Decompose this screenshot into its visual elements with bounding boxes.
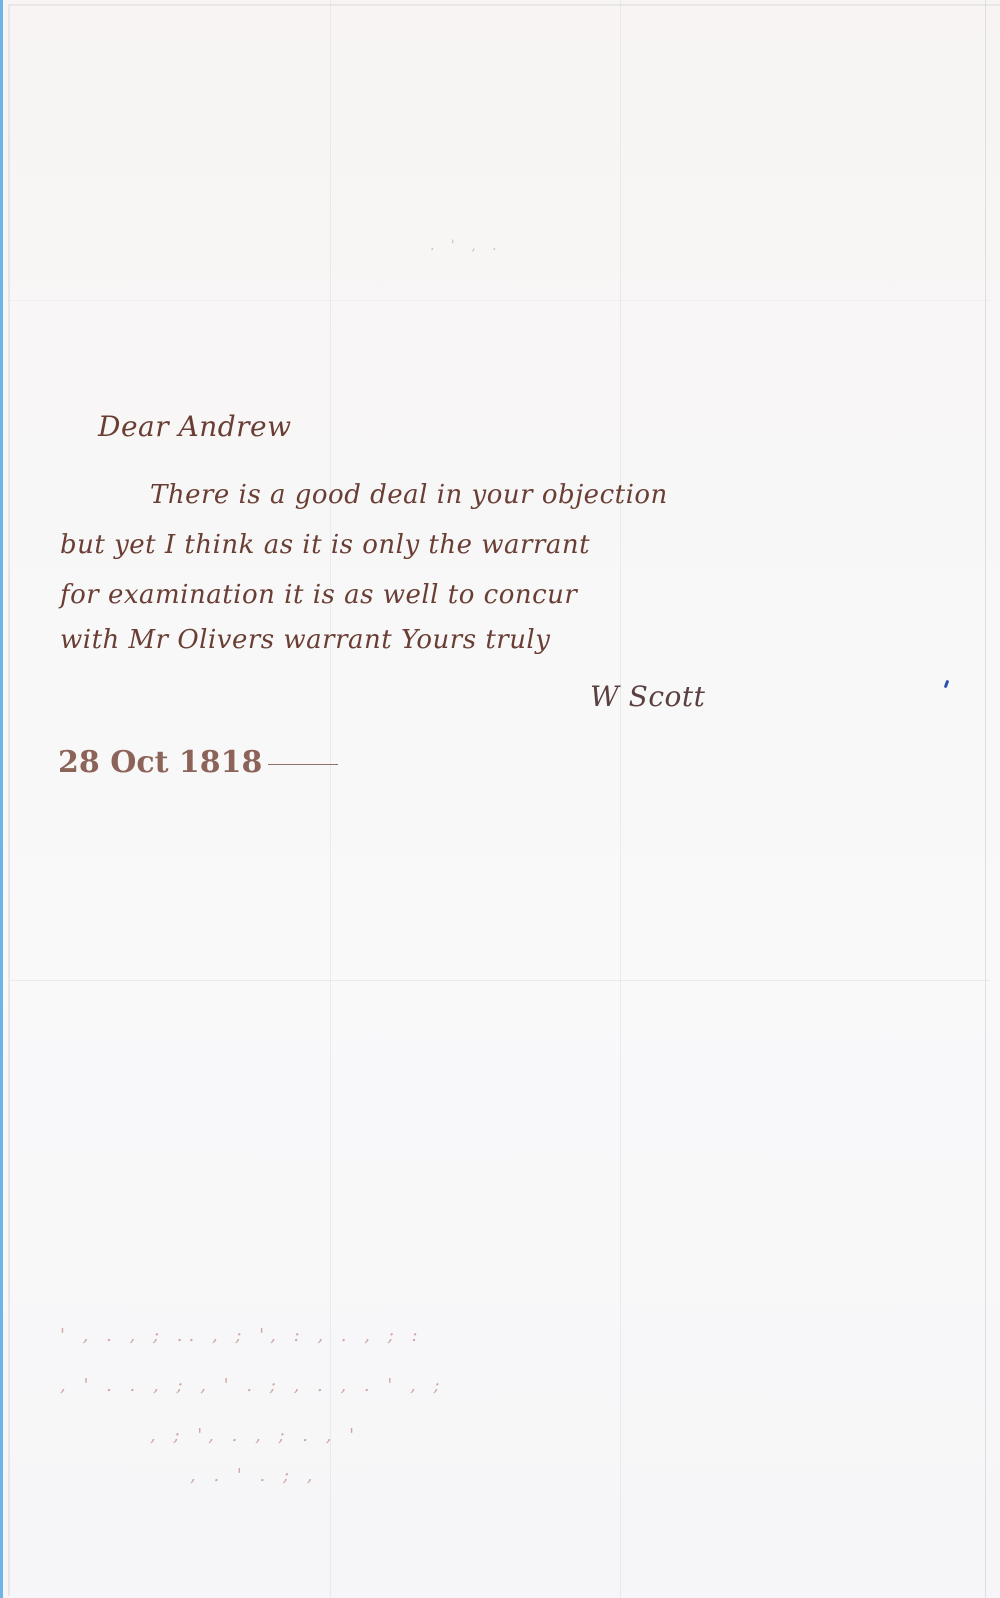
bleed-through-marks: . ' , . [430,238,503,254]
date-text: 28 Oct 1818 [58,745,262,780]
fold-line [330,0,331,1598]
fold-line [10,980,990,981]
paper-edge-left [8,6,10,1596]
letter-page: . ' , . Dear Andrew There is a good deal… [0,0,1000,1598]
bleed-through-line: ' , . , ; .. , ; ', : , . , ; : [60,1325,424,1346]
stray-ink-mark [944,680,950,689]
letter-date: 28 Oct 1818 [58,745,338,780]
paper-edge-top [8,4,1000,6]
body-line: There is a good deal in your objection [150,480,668,510]
bleed-through-line: , ; ', . , ; . , ' [150,1425,360,1446]
fold-line [620,0,621,1598]
scan-edge [0,0,3,1598]
salutation: Dear Andrew [98,410,292,443]
body-line: for examination it is as well to concur [60,580,577,610]
body-line: but yet I think as it is only the warran… [60,530,590,560]
bleed-through-line: , . ' . ; , [190,1465,319,1486]
bleed-through-line: , ' . . , ; , ' . ; , . , . ' , ; [60,1375,446,1396]
signature: W Scott [590,680,705,713]
fold-line [10,300,990,301]
fold-line [985,0,986,1598]
date-underline [268,764,338,765]
body-line: with Mr Olivers warrant Yours truly [60,625,550,655]
